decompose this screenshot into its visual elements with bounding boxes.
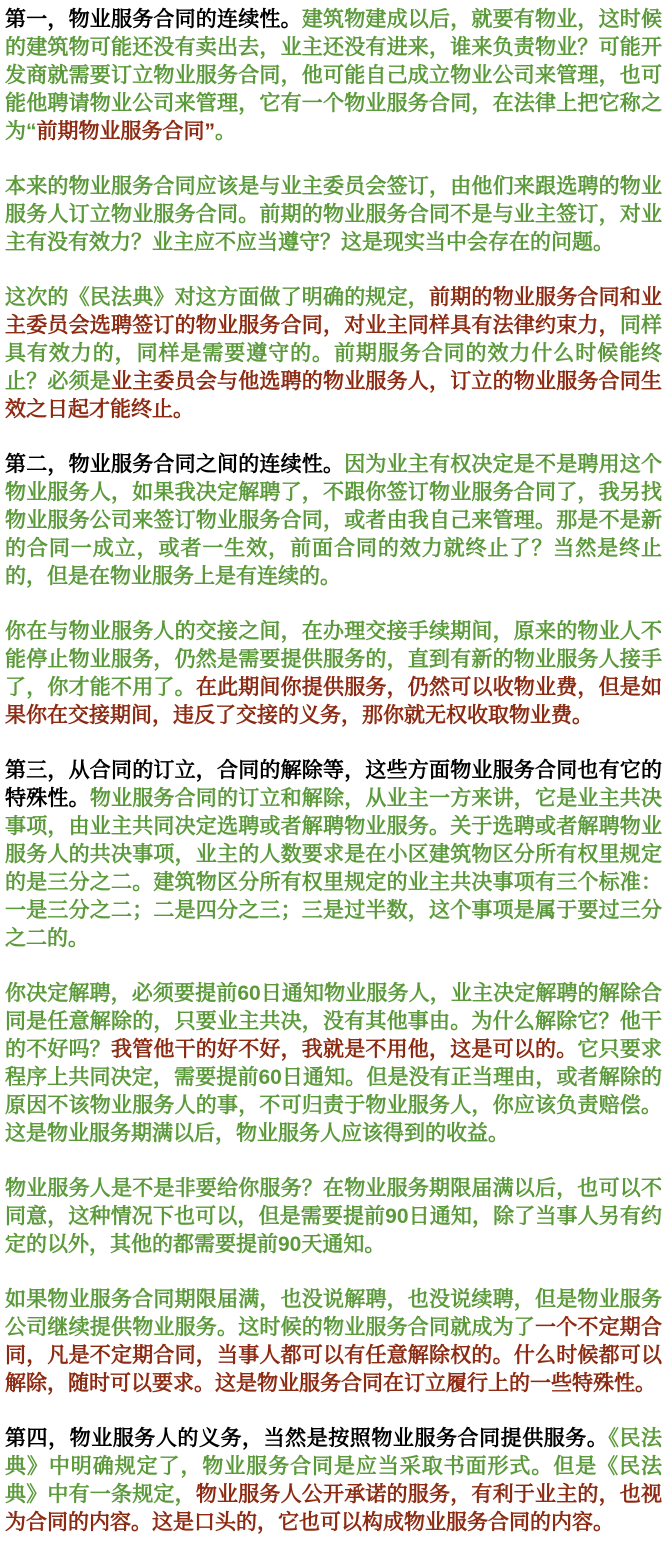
paragraph: 第一，物业服务合同的连续性。建筑物建成以后，就要有物业，这时候的建筑物可能还没有… [5, 6, 662, 146]
text-run: 我管他干的好不好，我就是不用他，这是可以的。 [111, 1038, 577, 1061]
paragraph: 第三，从合同的订立，合同的解除等，这些方面物业服务合同也有它的特殊性。物业服务合… [5, 757, 662, 953]
article: 第一，物业服务合同的连续性。建筑物建成以后，就要有物业，这时候的建筑物可能还没有… [5, 6, 662, 1537]
paragraph: 如果物业服务合同期限届满，也没说解聘，也没说续聘，但是物业服务公司继续提供物业服… [5, 1286, 662, 1398]
text-run: 物业服务人是不是非要给你服务？在物业服务期限届满以后，也可以不同意，这种情况下也… [5, 1177, 662, 1256]
text-run: 前期物业服务合同” [37, 120, 216, 143]
paragraph: 第四，物业服务人的义务，当然是按照物业服务合同提供服务。《民法典》中明确规定了，… [5, 1425, 662, 1537]
paragraph: 你在与物业服务人的交接之间，在办理交接手续期间，原来的物业人不能停止物业服务，仍… [5, 618, 662, 730]
text-run: 第一，物业服务合同的连续性。 [5, 8, 302, 31]
text-run: 第二，物业服务合同之间的连续性。 [5, 453, 344, 476]
text-run: 。 [215, 120, 236, 143]
paragraph: 本来的物业服务合同应该是与业主委员会签订，由他们来跟选聘的物业服务人订立物业服务… [5, 173, 662, 257]
page: { "page": { "background": "#ffffff" }, "… [0, 0, 667, 1547]
text-run: 这次的《民法典》对这方面做了明确的规定， [5, 286, 429, 309]
text-run: 物业服务合同的订立和解除，从业主一方来讲，它是业主共决事项，由业主共同决定选聘或… [5, 787, 662, 950]
article-page: 第一，物业服务合同的连续性。建筑物建成以后，就要有物业，这时候的建筑物可能还没有… [0, 0, 667, 1547]
paragraph: 第二，物业服务合同之间的连续性。因为业主有权决定是不是聘用这个物业服务人，如果我… [5, 451, 662, 591]
paragraph: 你决定解聘，必须要提前60日通知物业服务人，业主决定解聘的解除合同是任意解除的，… [5, 980, 662, 1148]
paragraph: 物业服务人是不是非要给你服务？在物业服务期限届满以后，也可以不同意，这种情况下也… [5, 1175, 662, 1259]
text-run: 第四，物业服务人的义务，当然是按照物业服务合同提供服务。 [5, 1427, 608, 1450]
text-run: 本来的物业服务合同应该是与业主委员会签订，由他们来跟选聘的物业服务人订立物业服务… [5, 175, 662, 254]
paragraph: 这次的《民法典》对这方面做了明确的规定，前期的物业服务合同和业主委员会选聘签订的… [5, 284, 662, 424]
